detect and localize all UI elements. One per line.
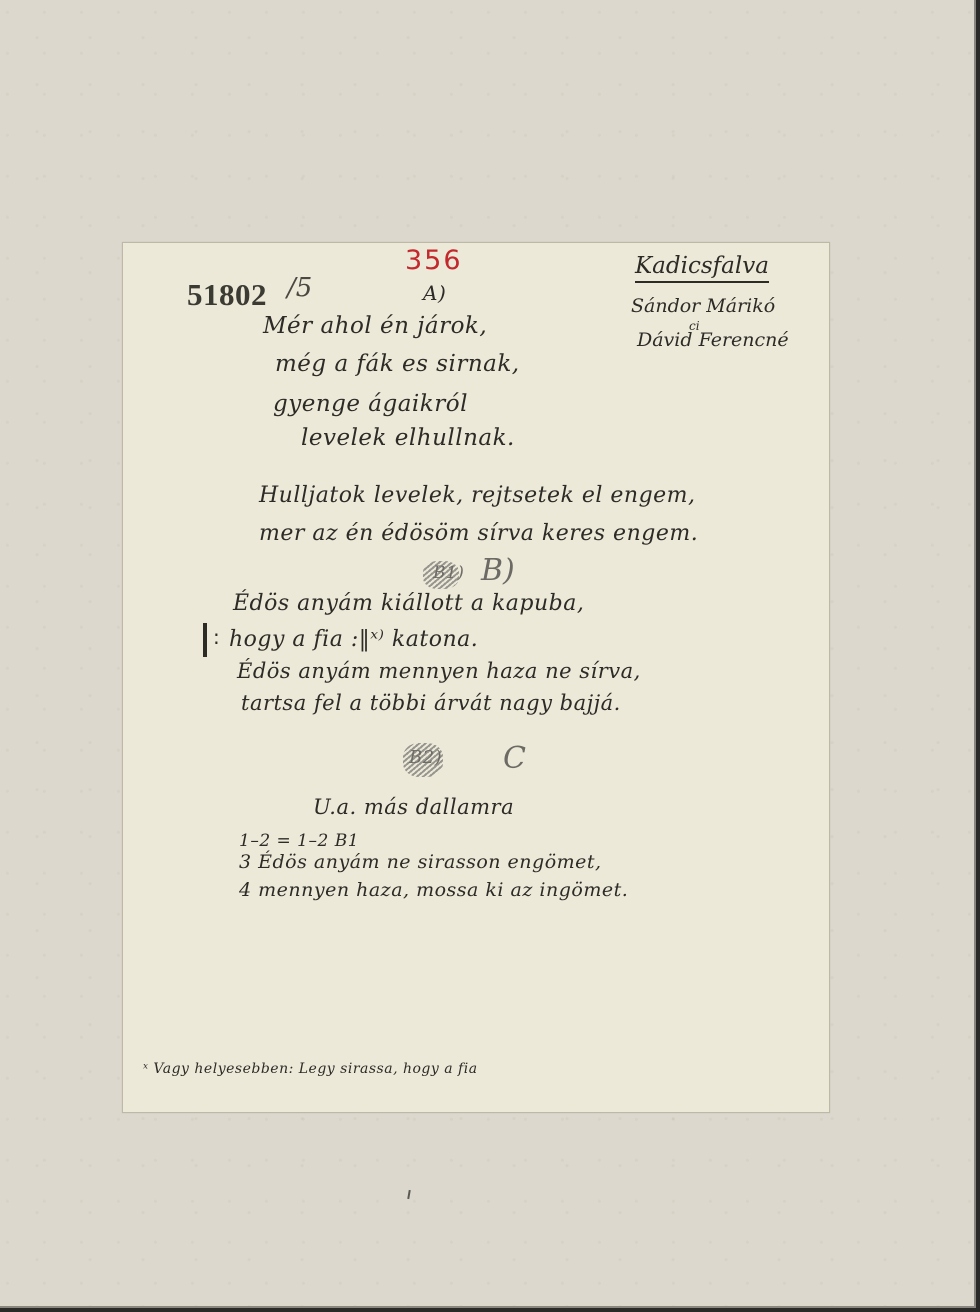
section-a-marker: A) bbox=[423, 281, 446, 305]
page-number: 356 bbox=[405, 245, 463, 276]
section-c-heading: U.a. más dallamra bbox=[313, 795, 514, 819]
verse-line: 4 mennyen haza, mossa ki az ingömet. bbox=[239, 879, 628, 901]
informant-1: Sándor Márikó bbox=[631, 295, 775, 317]
verse-line: tartsa fel a többi árvát nagy bajjá. bbox=[241, 691, 621, 715]
verse-line: Hulljatok levelek, rejtsetek el engem, bbox=[259, 483, 696, 508]
archive-number-suffix: /5 bbox=[287, 273, 312, 303]
verse-line: Édös anyám kiállott a kapuba, bbox=[233, 591, 584, 616]
section-c-marker: C bbox=[503, 741, 526, 776]
mounting-board: 51802 /5 356 Kadicsfalva Sándor Márikó c… bbox=[0, 0, 976, 1308]
dirt-speck bbox=[407, 1190, 411, 1199]
section-b2-marker-crossed: B2) bbox=[409, 747, 442, 768]
footnote: ˣ Vagy helyesebben: Legy sirassa, hogy a… bbox=[143, 1061, 478, 1077]
verse-line: még a fák es sirnak, bbox=[275, 351, 520, 377]
verse-line: gyenge ágaikról bbox=[273, 391, 468, 417]
repeat-sign-bar bbox=[203, 623, 207, 657]
verse-line: levelek elhullnak. bbox=[301, 425, 515, 451]
verse-line: Mér ahol én járok, bbox=[263, 313, 487, 339]
place-name: Kadicsfalva bbox=[635, 253, 769, 283]
manuscript-card: 51802 /5 356 Kadicsfalva Sándor Márikó c… bbox=[122, 242, 830, 1113]
section-b1-marker-crossed: B1) bbox=[433, 563, 464, 583]
verse-line: mer az én édösöm sírva keres engem. bbox=[259, 521, 698, 546]
verse-line: 1–2 = 1–2 B1 bbox=[239, 831, 359, 851]
section-b-marker: B) bbox=[481, 553, 515, 588]
verse-line: 3 Édös anyám ne sirasson engömet, bbox=[239, 851, 602, 873]
archive-number-stamp: 51802 bbox=[187, 277, 267, 313]
verse-line: hogy a fia :‖ˣ⁾ katona. bbox=[229, 627, 478, 652]
verse-line: Édös anyám mennyen haza ne sírva, bbox=[237, 659, 641, 683]
informant-2: Dávid Ferencné bbox=[637, 329, 789, 351]
repeat-sign-dots: : bbox=[213, 625, 220, 649]
